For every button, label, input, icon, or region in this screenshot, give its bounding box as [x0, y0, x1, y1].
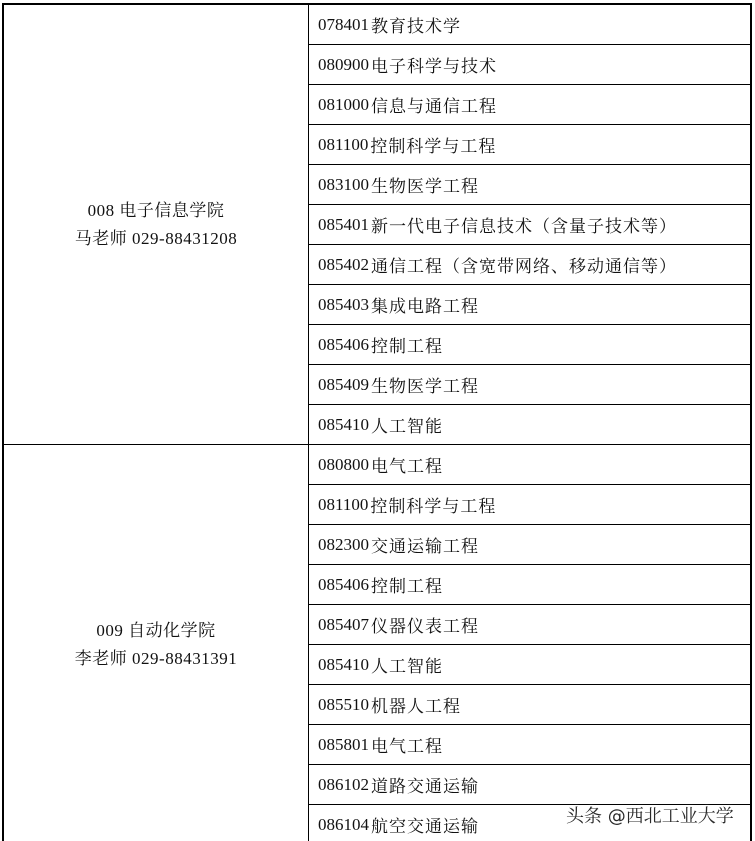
- major-code: 081100: [318, 495, 368, 515]
- major-name: 航空交通运输: [371, 812, 479, 837]
- majors-table: 008 电子信息学院 马老师 029-88431208 078401教育技术学 …: [2, 3, 752, 841]
- major-code: 086104: [318, 815, 369, 835]
- majors-list: 080800电气工程 081100控制科学与工程 082300交通运输工程 08…: [309, 445, 752, 841]
- major-name: 道路交通运输: [371, 772, 479, 797]
- major-code: 085409: [318, 375, 369, 395]
- major-row: 085801电气工程: [309, 725, 750, 765]
- major-code: 080800: [318, 455, 369, 475]
- major-code: 078401: [318, 15, 369, 35]
- major-code: 085403: [318, 295, 369, 315]
- major-row: 085410人工智能: [309, 645, 750, 685]
- dept-name: 009 自动化学院: [96, 617, 215, 645]
- major-code: 085410: [318, 415, 369, 435]
- major-row: 085406控制工程: [309, 565, 750, 605]
- major-name: 集成电路工程: [371, 292, 479, 317]
- major-code: 082300: [318, 535, 369, 555]
- major-row: 080800电气工程: [309, 445, 750, 485]
- major-row: 081100控制科学与工程: [309, 125, 750, 165]
- major-row: 085409生物医学工程: [309, 365, 750, 405]
- major-row: 085510机器人工程: [309, 685, 750, 725]
- dept-cell: 008 电子信息学院 马老师 029-88431208: [2, 5, 309, 444]
- major-name: 电气工程: [371, 732, 443, 757]
- major-name: 人工智能: [371, 652, 443, 677]
- major-name: 人工智能: [371, 412, 443, 437]
- major-row: 085406控制工程: [309, 325, 750, 365]
- major-name: 控制科学与工程: [370, 492, 496, 517]
- major-name: 通信工程（含宽带网络、移动通信等）: [371, 252, 677, 277]
- dept-cell: 009 自动化学院 李老师 029-88431391: [2, 445, 309, 841]
- major-row: 086102道路交通运输: [309, 765, 750, 805]
- major-name: 控制工程: [371, 332, 443, 357]
- major-code: 085407: [318, 615, 369, 635]
- major-code: 085510: [318, 695, 369, 715]
- major-row: 085401新一代电子信息技术（含量子技术等）: [309, 205, 750, 245]
- major-code: 081000: [318, 95, 369, 115]
- major-row: 085410人工智能: [309, 405, 750, 444]
- dept-contact: 李老师 029-88431391: [75, 645, 237, 673]
- major-name: 控制工程: [371, 572, 443, 597]
- major-name: 机器人工程: [371, 692, 461, 717]
- major-code: 085410: [318, 655, 369, 675]
- major-row: 082300交通运输工程: [309, 525, 750, 565]
- major-code: 085801: [318, 735, 369, 755]
- major-name: 生物医学工程: [371, 172, 479, 197]
- major-name: 交通运输工程: [371, 532, 479, 557]
- major-code: 085406: [318, 575, 369, 595]
- major-row: 081000信息与通信工程: [309, 85, 750, 125]
- major-row: 083100生物医学工程: [309, 165, 750, 205]
- major-name: 仪器仪表工程: [371, 612, 479, 637]
- major-row: 085407仪器仪表工程: [309, 605, 750, 645]
- major-code: 086102: [318, 775, 369, 795]
- major-code: 085406: [318, 335, 369, 355]
- dept-group-008: 008 电子信息学院 马老师 029-88431208 078401教育技术学 …: [2, 5, 752, 445]
- major-name: 生物医学工程: [371, 372, 479, 397]
- watermark: 头条 @西北工业大学: [566, 802, 734, 828]
- dept-group-009: 009 自动化学院 李老师 029-88431391 080800电气工程 08…: [2, 445, 752, 841]
- major-code: 080900: [318, 55, 369, 75]
- major-name: 电子科学与技术: [371, 52, 497, 77]
- major-name: 控制科学与工程: [370, 132, 496, 157]
- major-row: 080900电子科学与技术: [309, 45, 750, 85]
- majors-list: 078401教育技术学 080900电子科学与技术 081000信息与通信工程 …: [309, 5, 752, 444]
- major-name: 电气工程: [371, 452, 443, 477]
- major-name: 新一代电子信息技术（含量子技术等）: [371, 212, 677, 237]
- major-row: 085403集成电路工程: [309, 285, 750, 325]
- dept-contact: 马老师 029-88431208: [75, 225, 237, 253]
- major-code: 085401: [318, 215, 369, 235]
- dept-name: 008 电子信息学院: [88, 197, 225, 225]
- major-name: 信息与通信工程: [371, 92, 497, 117]
- major-row: 078401教育技术学: [309, 5, 750, 45]
- major-code: 081100: [318, 135, 368, 155]
- major-code: 083100: [318, 175, 369, 195]
- major-row: 085402通信工程（含宽带网络、移动通信等）: [309, 245, 750, 285]
- major-name: 教育技术学: [371, 12, 461, 37]
- major-row: 081100控制科学与工程: [309, 485, 750, 525]
- major-code: 085402: [318, 255, 369, 275]
